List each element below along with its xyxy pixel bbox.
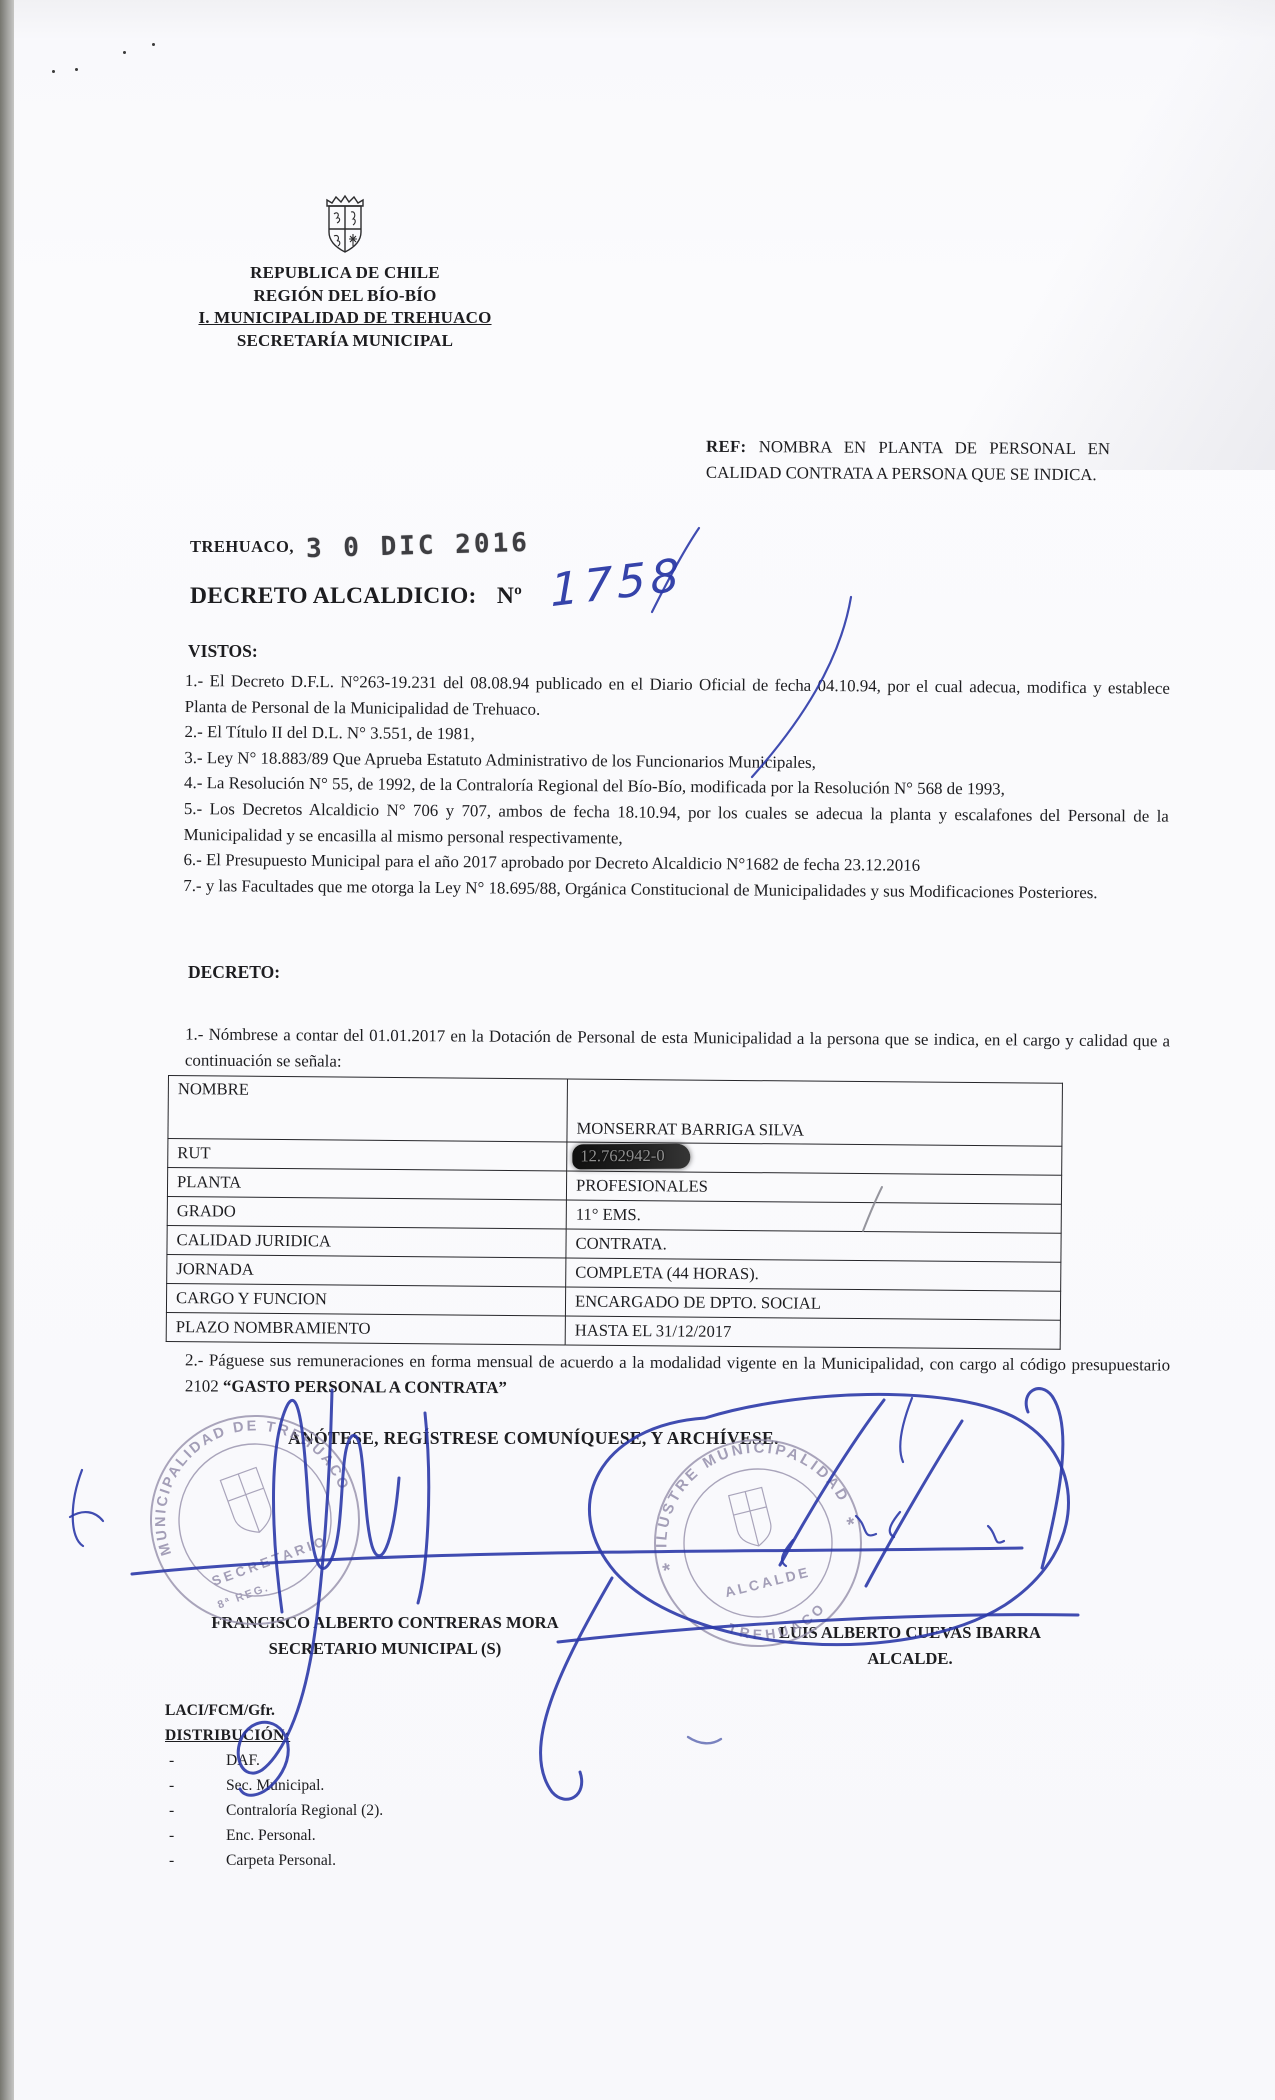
letterhead-country: REPUBLICA DE CHILE [145, 262, 545, 285]
stamp-arc-top-text: ILUSTRE MUNICIPALIDAD [643, 1428, 854, 1552]
letterhead-municipality: I. MUNICIPALIDAD DE TREHUACO [145, 307, 545, 330]
decree-paragraph-2: 2.- Páguese sus remuneraciones en forma … [185, 1347, 1170, 1403]
vistos-heading: VISTOS: [188, 641, 258, 662]
vistos-item: 1.- El Decreto D.F.L. N°263-19.231 del 0… [185, 668, 1170, 727]
row-value: 11° EMS. [566, 1200, 1061, 1233]
distribution-label: Enc. Personal. [226, 1823, 316, 1848]
secretary-round-stamp: MUNICIPALIDAD DE TREHUACO SECRETARIO 8ª … [140, 1405, 370, 1635]
dash: - [165, 1798, 226, 1823]
mayor-signature [988, 1526, 1004, 1543]
row-label: PLANTA [167, 1168, 566, 1200]
handwritten-decree-number: 1758 [550, 548, 684, 618]
mayor-signature [866, 1421, 962, 1586]
date-stamp: 3 0 DIC 2016 [306, 528, 531, 564]
distribution-item: - Enc. Personal. [165, 1823, 383, 1848]
row-value: HASTA EL 31/12/2017 [565, 1316, 1060, 1349]
row-value: COMPLETA (44 HORAS). [566, 1258, 1061, 1291]
dash: - [165, 1748, 226, 1773]
ref-paragraph: REF: NOMBRA EN PLANTA DE PERSONAL EN CAL… [706, 434, 1110, 488]
distribution-label: Contraloría Regional (2). [226, 1798, 383, 1823]
row-label: GRADO [167, 1196, 566, 1228]
margin-mark [73, 1470, 83, 1546]
secretary-title: SECRETARIO MUNICIPAL (S) [150, 1636, 620, 1662]
vistos-item: 5.- Los Decretos Alcaldicio N° 706 y 707… [184, 796, 1169, 855]
vistos-list: 1.- El Decreto D.F.L. N°263-19.231 del 0… [183, 668, 1170, 906]
letterhead-region: REGIÓN DEL BÍO-BÍO [145, 285, 545, 308]
row-label: PLAZO NOMBRAMIENTO [166, 1312, 565, 1344]
row-label: CALIDAD JURIDICA [167, 1225, 566, 1257]
stamp-star-left: * [661, 1559, 674, 1582]
row-value: PROFESIONALES [566, 1171, 1061, 1204]
rut-value: 12.762942-0 [580, 1145, 664, 1164]
letterhead-office: SECRETARÍA MUNICIPAL [145, 330, 545, 353]
row-label: JORNADA [167, 1254, 566, 1286]
distribution-item: - Contraloría Regional (2). [165, 1798, 383, 1823]
distribution-label: DAF. [226, 1748, 260, 1773]
stamp-small-text: 8ª REG. [216, 1582, 271, 1612]
distribution-label: Carpeta Personal. [226, 1848, 336, 1873]
scanner-edge-strip [0, 0, 14, 2100]
footer-block: LACI/FCM/Gfr. DISTRIBUCIÓN: - DAF. - Sec… [165, 1698, 383, 1873]
mayor-signature [890, 1512, 900, 1537]
coat-of-arms-icon [320, 192, 370, 256]
decree-number-prefix: Nº [497, 583, 522, 609]
paper-fold-shading [845, 0, 1275, 470]
stamp-star-right: * [845, 1513, 858, 1536]
row-value: 12.762942-0 [567, 1142, 1062, 1175]
personnel-table: NOMBRE MONSERRAT BARRIGA SILVA RUT 12.76… [166, 1075, 1063, 1350]
decree-title: DECRETO ALCALDICIO: Nº [190, 583, 522, 610]
distribution-item: - Sec. Municipal. [165, 1773, 383, 1798]
mayor-round-stamp: ILUSTRE MUNICIPALIDAD TREHUACO ALCALDE *… [643, 1428, 873, 1658]
decreto-heading: DECRETO: [188, 962, 280, 983]
row-value: MONSERRAT BARRIGA SILVA [567, 1079, 1063, 1146]
distribution-item: - DAF. [165, 1748, 383, 1773]
scanned-decree-page: REPUBLICA DE CHILE REGIÓN DEL BÍO-BÍO I.… [0, 0, 1275, 2100]
ref-label: REF: [706, 437, 746, 456]
stamp-center-text: ALCALDE [723, 1563, 812, 1600]
row-label: NOMBRE [168, 1076, 568, 1142]
pen-dash [688, 1737, 721, 1743]
table-row: NOMBRE MONSERRAT BARRIGA SILVA [168, 1076, 1063, 1147]
ref-text: NOMBRA EN PLANTA DE PERSONAL EN CALIDAD … [706, 437, 1110, 484]
rut-redaction: 12.762942-0 [572, 1143, 690, 1169]
distribution-item: - Carpeta Personal. [165, 1848, 383, 1873]
stamp-center-text: SECRETARIO [210, 1533, 330, 1589]
row-value: ENCARGADO DE DPTO. SOCIAL [565, 1287, 1060, 1320]
dash: - [165, 1823, 226, 1848]
mayor-signature [900, 1398, 912, 1462]
letterhead: REPUBLICA DE CHILE REGIÓN DEL BÍO-BÍO I.… [145, 192, 545, 352]
row-value: CONTRATA. [566, 1229, 1061, 1262]
mayor-signature [1026, 1389, 1063, 1568]
row-label: CARGO Y FUNCION [166, 1283, 565, 1315]
drafting-initials: LACI/FCM/Gfr. [165, 1698, 383, 1723]
paragraph-2-bold: “GASTO PERSONAL A CONTRATA” [223, 1376, 507, 1396]
place-label: TREHUACO, [190, 537, 294, 557]
svg-text:ILUSTRE MUNICIPALIDAD: ILUSTRE MUNICIPALIDAD [643, 1428, 854, 1552]
row-label: RUT [168, 1139, 567, 1171]
dash: - [165, 1848, 226, 1873]
decree-paragraph-1: 1.- Nómbrese a contar del 01.01.2017 en … [185, 1021, 1170, 1079]
dash: - [165, 1773, 226, 1798]
distribution-label: Sec. Municipal. [226, 1773, 324, 1798]
margin-mark [70, 1512, 103, 1521]
decree-title-label: DECRETO ALCALDICIO: [190, 583, 477, 609]
distribution-heading: DISTRIBUCIÓN: [165, 1723, 383, 1748]
